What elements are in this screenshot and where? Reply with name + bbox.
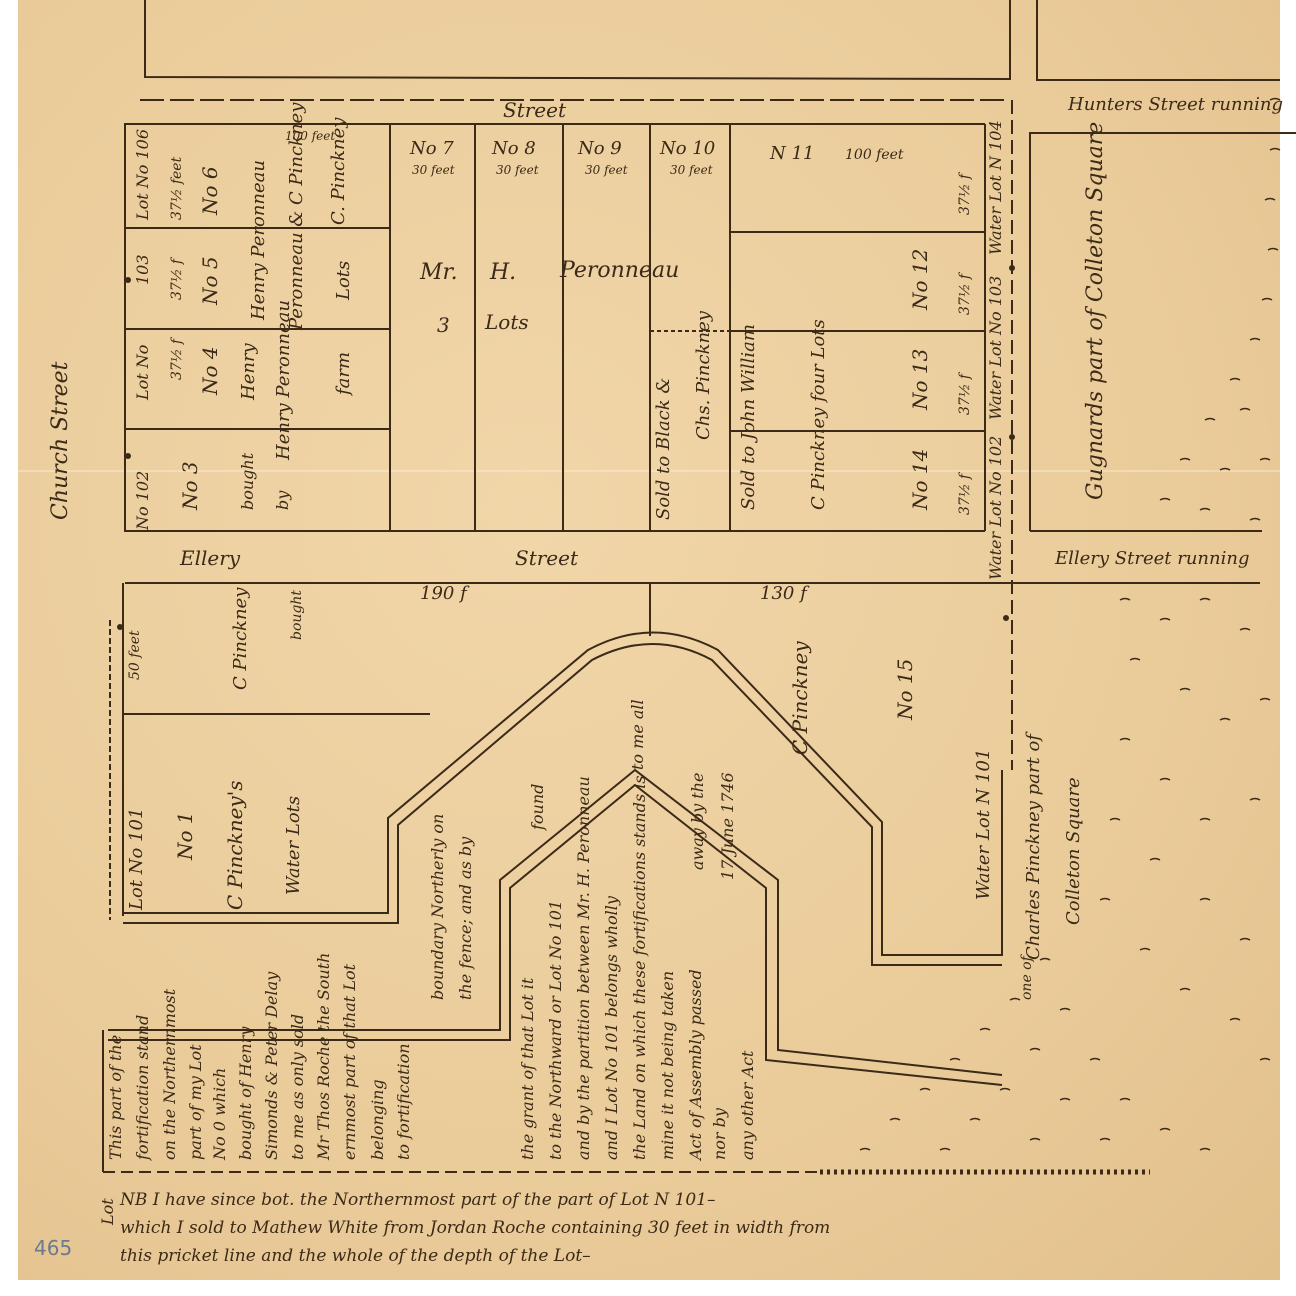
pinckney-four-lots-note: C Pinckney four Lots	[810, 319, 828, 510]
lot-no-8: No 8	[492, 140, 536, 158]
water-lot-101: Water Lot N 101	[975, 749, 993, 900]
dimension-190f: 190 f	[420, 585, 467, 603]
lot-no-9: No 9	[578, 140, 622, 158]
henry-peronneau-note: Henry Peronneau	[250, 160, 268, 320]
fort-note-line-4: part of my Lot	[188, 1044, 204, 1160]
fort-note-line-2: fortification stand	[135, 1015, 151, 1160]
henry-note: Henry	[240, 343, 258, 400]
chs-pinckney-note: Chs. Pinckney	[695, 311, 713, 440]
lot-103-label: 103	[135, 254, 151, 285]
fort-note-line-3: on the Northernmost	[162, 989, 178, 1160]
ellery-street-mid-label: Street	[515, 548, 578, 568]
lot-13-width: 37½ f	[958, 374, 972, 415]
fort-note-line-27: any other Act	[740, 1051, 756, 1160]
lot-11-width: 37½ f	[958, 174, 972, 215]
lot-7-width: 30 feet	[412, 164, 455, 176]
lot-4-width: 37½ f	[170, 339, 184, 380]
pinckneys-label: C Pinckney's	[225, 781, 245, 911]
lot-106-label: Lot No 106	[135, 129, 151, 220]
side-dimension-50-feet: 50 feet	[128, 630, 142, 680]
lot-no-3: No 3	[180, 461, 200, 510]
lot-no-5: No 5	[200, 256, 220, 305]
peronneau-label: Peronneau	[560, 260, 679, 282]
fort-note-line-25: 17 June 1746	[720, 772, 736, 880]
lot-no-6: No 6	[200, 166, 220, 215]
c-pinckney-lower: C Pinckney	[790, 641, 810, 755]
church-street-label: Church Street	[50, 362, 72, 520]
lot-103-width: 37½ f	[170, 259, 184, 300]
lot-102-label: No 102	[135, 471, 151, 530]
lot-12-width: 37½ f	[958, 274, 972, 315]
lot-no-10: No 10	[660, 140, 715, 158]
lot-10-width: 30 feet	[670, 164, 713, 176]
pencil-page-number: 465	[34, 1238, 72, 1258]
left-column-owner: C. Pinckney	[330, 118, 348, 225]
fort-note-line-19: and I Lot No 101 belongs wholly	[604, 896, 620, 1160]
fort-note-line-26: nor by	[712, 1108, 728, 1160]
fort-note-line-6: bought of Henry	[238, 1027, 254, 1160]
henry-peronneau-note-2: Henry Peronneau	[275, 300, 293, 460]
footnote-margin-label: Lot	[100, 1198, 116, 1225]
footnote-line-3: this pricket line and the whole of the d…	[120, 1242, 830, 1270]
lot-no-14: No 14	[910, 449, 930, 510]
fort-note-line-8: to me as only sold	[290, 1014, 306, 1160]
by-note: by	[275, 491, 291, 510]
fort-note-line-14: the fence; and as by	[458, 837, 474, 1000]
lot-no-label: Lot No	[135, 345, 151, 400]
farm-note: farm	[335, 352, 353, 395]
colleton-square-lower: Colleton Square	[1065, 777, 1083, 925]
gugnards-colleton-square: Gugnards part of Colleton Square	[1085, 122, 1107, 500]
footnote: NB I have since bot. the Northernmost pa…	[120, 1186, 830, 1270]
lots-note: Lots	[335, 261, 353, 300]
lot-no-15: No 15	[895, 659, 915, 720]
lot-101-label: Lot No 101	[128, 808, 146, 910]
fort-note-line-13: boundary Northerly on	[430, 814, 446, 1000]
fort-note-line-9: Mr Thos Roche the South	[316, 953, 332, 1160]
fort-note-line-24: Act of Assembly passed	[688, 969, 704, 1160]
lot-8-width: 30 feet	[496, 164, 539, 176]
fort-note-line-22: mine it not being taken	[660, 971, 676, 1160]
lots-label: Lots	[485, 312, 529, 332]
lot-11-width-header: 100 feet	[845, 148, 904, 162]
lot-9-width: 30 feet	[585, 164, 628, 176]
lot-106-width: 37½ feet	[170, 157, 184, 220]
water-lot-102: Water Lot No 102	[988, 436, 1004, 580]
bought-note: bought	[240, 453, 256, 510]
lot-no-7: No 7	[410, 140, 454, 158]
dimension-130f: 130 f	[760, 585, 807, 603]
fort-note-line-11: belonging	[370, 1079, 386, 1160]
ellery-street-right-label: Ellery Street running	[1055, 550, 1249, 568]
three-label: 3	[437, 315, 450, 335]
fort-note-line-23: away by the	[690, 773, 706, 870]
h-initial: H.	[490, 262, 516, 284]
fort-note-line-12: to fortification	[396, 1043, 412, 1160]
lot-no-11: N 11	[770, 145, 814, 163]
fort-note-line-1: This part of the	[108, 1035, 124, 1160]
fort-note-line-18: and by the partition between Mr. H. Pero…	[576, 776, 592, 1160]
sold-to-black-note: Sold to Black &	[655, 378, 673, 520]
top-street-label: Street	[503, 100, 566, 120]
fort-note-line-20: to me all	[630, 699, 646, 770]
fort-note-line-7: Simonds & Peter Delay	[264, 972, 280, 1160]
peronneau-pinckney-note: Peronneau & C Pinckney	[288, 103, 306, 330]
lot-no-4: No 4	[200, 346, 220, 395]
footnote-line-1: NB I have since bot. the Northernmost pa…	[120, 1186, 830, 1214]
one-of-label: one of	[1020, 956, 1034, 1000]
footnote-line-2: which I sold to Mathew White from Jordan…	[120, 1214, 830, 1242]
bought-label: bought	[290, 590, 304, 640]
sold-to-john-william-note: Sold to John William	[740, 324, 758, 510]
fort-note-line-16: found	[530, 784, 546, 830]
fort-note-line-17: to the Northward or Lot No 101	[548, 900, 564, 1160]
water-lot-104: Water Lot N 104	[988, 120, 1004, 255]
fort-note-line-21: the Land on which these fortifications s…	[632, 775, 648, 1160]
charles-pinckney-part: Charles Pinckney part of	[1025, 734, 1043, 960]
pinckney-upper-label: C Pinckney	[232, 588, 250, 690]
lot-14-width: 37½ f	[958, 474, 972, 515]
water-lots-label: Water Lots	[285, 796, 303, 895]
water-lot-103: Water Lot No 103	[988, 276, 1004, 420]
fort-note-line-15: the grant of that Lot it	[520, 978, 536, 1160]
mr-label: Mr.	[420, 262, 458, 284]
fort-note-line-5: No 0 which	[212, 1068, 228, 1160]
fort-note-line-10: ernmost part of that Lot	[342, 964, 358, 1160]
hunters-street-label: Hunters Street running	[1068, 96, 1283, 114]
ellery-street-left-label: Ellery	[180, 548, 240, 568]
lot-no-1: No 1	[175, 811, 195, 860]
lot-no-12: No 12	[910, 249, 930, 310]
lot-no-13: No 13	[910, 349, 930, 410]
